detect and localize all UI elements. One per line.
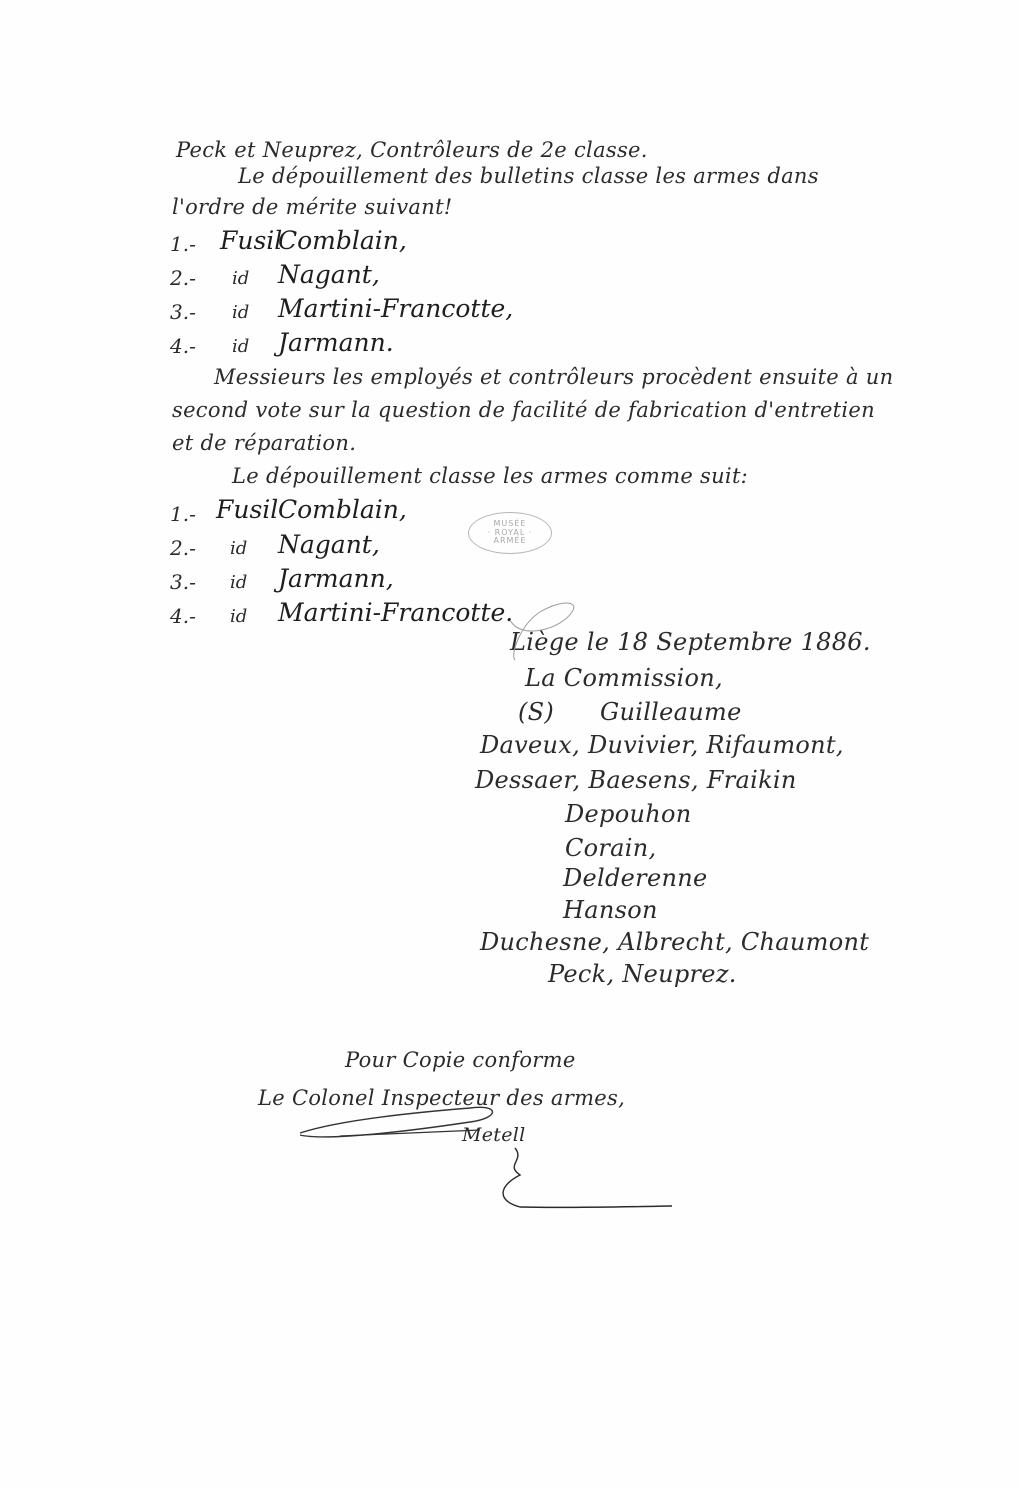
ranking-name: Martini-Francotte. (278, 598, 513, 627)
signatories-line-7: Duchesne, Albrecht, Chaumont (480, 930, 869, 954)
paragraph-2-line-2: second vote sur la question de facilité … (172, 400, 875, 421)
signatories-line-3: Depouhon (565, 802, 691, 826)
document-page: Peck et Neuprez, Contrôleurs de 2e class… (0, 0, 1019, 1488)
ranking-name: Nagant, (278, 260, 380, 289)
place-date: Liège le 18 Septembre 1886. (510, 630, 871, 654)
signatories-line-1: Daveux, Duvivier, Rifaumont, (480, 733, 844, 757)
signatories-line-6: Hanson (563, 898, 658, 922)
ranking-number: 2.- (170, 536, 196, 560)
signatories-line-2: Dessaer, Baesens, Fraikin (475, 768, 797, 792)
ranking-number: 1.- (170, 502, 196, 526)
signatories-line-8: Peck, Neuprez. (548, 962, 737, 986)
ranking-number: 3.- (170, 570, 196, 594)
paragraph-2-line-3: et de réparation. (172, 433, 356, 454)
ranking-name: Nagant, (278, 530, 380, 559)
certification-line-2: Le Colonel Inspecteur des armes, (258, 1088, 625, 1109)
ranking-prefix: Fusil (216, 495, 278, 524)
signed-marker: (S) (518, 700, 554, 724)
ranking-prefix: id (230, 606, 247, 627)
ranking-number: 4.- (170, 604, 196, 628)
ranking-prefix: id (232, 336, 249, 357)
ranking-number: 2.- (170, 266, 196, 290)
museum-stamp: MUSÉE · ROYAL · ARMÉE (468, 512, 552, 554)
inspector-signature: Metell (462, 1126, 526, 1145)
signatories-line-4: Corain, (565, 836, 656, 860)
header-line: Peck et Neuprez, Contrôleurs de 2e class… (176, 140, 648, 161)
ranking-number: 1.- (170, 232, 196, 256)
ranking-name: Martini-Francotte, (278, 294, 513, 323)
paragraph-2-line-1: Messieurs les employés et contrôleurs pr… (214, 367, 893, 388)
certification-line-1: Pour Copie conforme (345, 1050, 576, 1071)
ranking-name: Comblain, (278, 495, 407, 524)
commission-label: La Commission, (525, 666, 723, 690)
ranking-prefix: id (230, 538, 247, 559)
stamp-line-3: ARMÉE (493, 537, 526, 545)
ranking-number: 4.- (170, 334, 196, 358)
ranking-name: Jarmann. (278, 328, 394, 357)
ranking-prefix: Fusil (220, 226, 282, 255)
signatories-line-5: Delderenne (563, 866, 707, 890)
paragraph-1-line-2: l'ordre de mérite suivant! (172, 197, 453, 218)
ranking-name: Comblain, (278, 226, 407, 255)
ranking-name: Jarmann, (278, 564, 394, 593)
ranking-prefix: id (232, 302, 249, 323)
ranking-number: 3.- (170, 300, 196, 324)
ranking-prefix: id (230, 572, 247, 593)
paragraph-3-line-1: Le dépouillement classe les armes comme … (232, 466, 748, 487)
paragraph-1-line-1: Le dépouillement des bulletins classe le… (238, 166, 819, 187)
signatory-guilleaume: Guilleaume (600, 700, 742, 724)
ranking-prefix: id (232, 268, 249, 289)
